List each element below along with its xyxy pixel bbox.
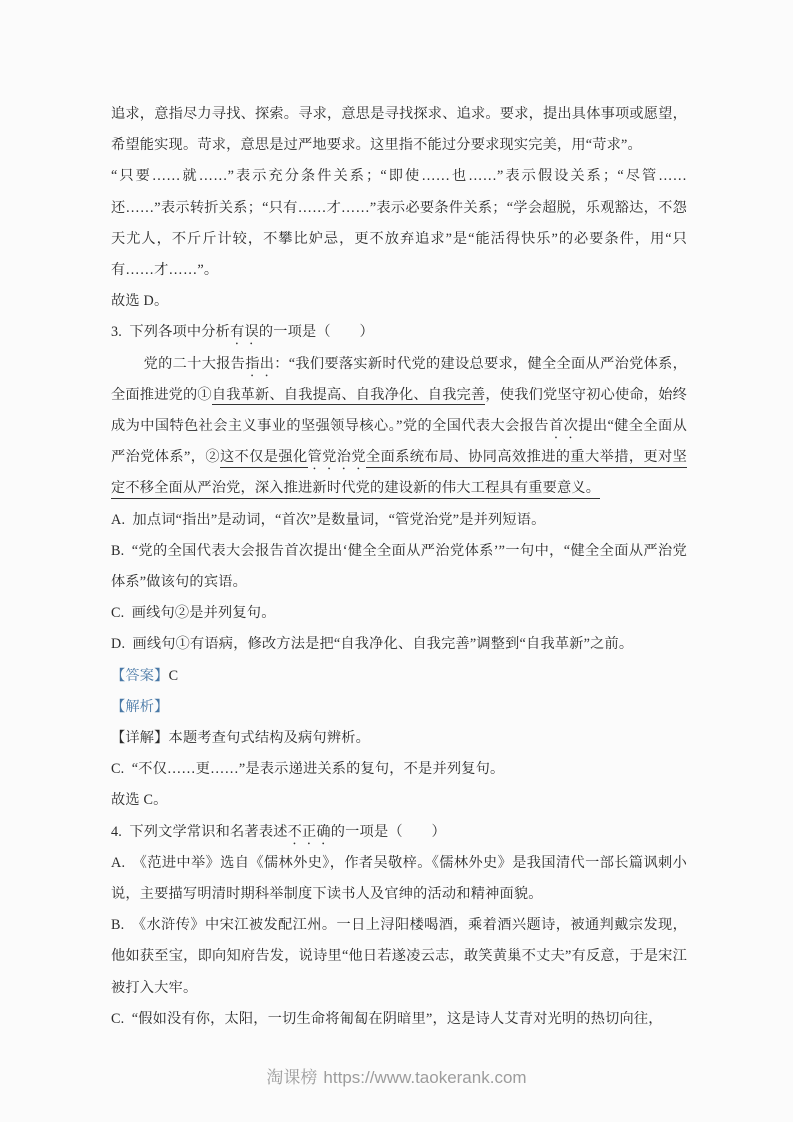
document-body: 追求，意指尽力寻找、探索。寻求，意思是寻找探求、追求。要求，提出具体事项或愿望，… <box>111 99 687 1035</box>
q3-conclusion: 故选 C。 <box>111 785 687 816</box>
text-run: 的一项是（ ） <box>331 824 446 840</box>
text-run: B. “党的全国代表大会报告首次提出‘健全全面从严治党体系’”一句中，“健全全面… <box>111 543 687 590</box>
watermark-footer: 淘课榜https://www.taokerank.com <box>0 1063 793 1088</box>
text-run: 3. 下列各项中分析 <box>111 324 230 340</box>
question-4-option-c: C. “假如没有你，太阳，一切生命将匍匐在阴暗里”，这是诗人艾青对光明的热切向往… <box>111 1004 687 1035</box>
emphasized-text: 不正确 <box>288 824 331 840</box>
text-run: C. 画线句②是并列复句。 <box>111 605 276 621</box>
question-4-option-b: B. 《水浒传》中宋江被发配江州。一日上浔阳楼喝酒，乘着酒兴题诗，被通判戴宗发现… <box>111 910 687 1004</box>
analysis-label-line: 【解析】 <box>111 692 687 723</box>
scanned-exam-page: { "page": { "background": "#fbfbfb", "te… <box>0 0 793 1122</box>
text-run: 【详解】本题考查句式结构及病句辨析。 <box>111 730 370 746</box>
emphasized-text: 管党治党 <box>308 449 366 465</box>
text-run: C. “假如没有你，太阳，一切生命将匍匐在阴暗里”，这是诗人艾青对光明的热切向往… <box>111 1011 663 1027</box>
question-3-option-b: B. “党的全国代表大会报告首次提出‘健全全面从严治党体系’”一句中，“健全全面… <box>111 536 687 598</box>
question-3-option-c: C. 画线句②是并列复句。 <box>111 598 687 629</box>
emphasized-text: 有误 <box>230 324 259 340</box>
emphasized-text: 指出 <box>245 356 274 372</box>
text-run: C. “不仅……更……”是表示递进关系的复句，不是并列复句。 <box>111 761 504 777</box>
answer-line: 【答案】C <box>111 661 687 692</box>
text-run: 党的二十大报告 <box>144 356 246 372</box>
question-3-option-d: D. 画线句①有语病，修改方法是把“自我净化、自我完善”调整到“自我革新”之前。 <box>111 629 687 660</box>
text-run: “只要……就……”表示充分条件关系；“即使……也……”表示假设关系；“尽管……还… <box>111 168 687 278</box>
text-run: 故选 C。 <box>111 792 168 808</box>
question-4-stem: 4. 下列文学常识和名著表述不正确的一项是（ ） <box>111 817 687 848</box>
analysis-point-c: C. “不仅……更……”是表示递进关系的复句，不是并列复句。 <box>111 754 687 785</box>
label-text: 【解析】 <box>111 699 169 715</box>
q2-analysis-line-2: “只要……就……”表示充分条件关系；“即使……也……”表示假设关系；“尽管……还… <box>111 161 687 286</box>
q2-analysis-line-1: 追求，意指尽力寻找、探索。寻求，意思是寻找探求、追求。要求，提出具体事项或愿望，… <box>111 99 687 161</box>
detail-line: 【详解】本题考查句式结构及病句辨析。 <box>111 723 687 754</box>
question-3-option-a: A. 加点词“指出”是动词，“首次”是数量词，“管党治党”是并列短语。 <box>111 505 687 536</box>
question-3-passage: 党的二十大报告指出：“我们要落实新时代党的建设总要求，健全全面从严治党体系，全面… <box>111 349 687 505</box>
underlined-text: 这不仅是强化 <box>220 449 308 468</box>
text-run: A. 加点词“指出”是动词，“首次”是数量词，“管党治党”是并列短语。 <box>111 512 546 528</box>
text-run: 追求，意指尽力寻找、探索。寻求，意思是寻找探求、追求。要求，提出具体事项或愿望，… <box>111 106 687 153</box>
text-run: A. 《范进中举》选自《儒林外史》，作者吴敬梓。《儒林外史》是我国清代一部长篇讽… <box>111 855 687 902</box>
text-run: 4. 下列文学常识和名著表述 <box>111 824 288 840</box>
watermark-site-url: https://www.taokerank.com <box>323 1068 526 1087</box>
text-run: 故选 D。 <box>111 293 168 309</box>
text-run: 的一项是（ ） <box>259 324 374 340</box>
watermark-site-name: 淘课榜 <box>266 1068 317 1087</box>
question-3-stem: 3. 下列各项中分析有误的一项是（ ） <box>111 317 687 348</box>
underlined-text: 自我革新、自我提高、自我净化、自我完善 <box>212 387 486 406</box>
label-text: 【答案】 <box>111 668 169 684</box>
question-4-option-a: A. 《范进中举》选自《儒林外史》，作者吴敬梓。《儒林外史》是我国清代一部长篇讽… <box>111 848 687 910</box>
emphasized-text: 首次 <box>549 418 578 434</box>
text-run: C <box>169 668 179 684</box>
q2-conclusion: 故选 D。 <box>111 286 687 317</box>
text-run: B. 《水浒传》中宋江被发配江州。一日上浔阳楼喝酒，乘着酒兴题诗，被通判戴宗发现… <box>111 917 687 995</box>
text-run: D. 画线句①有语病，修改方法是把“自我净化、自我完善”调整到“自我革新”之前。 <box>111 636 633 652</box>
